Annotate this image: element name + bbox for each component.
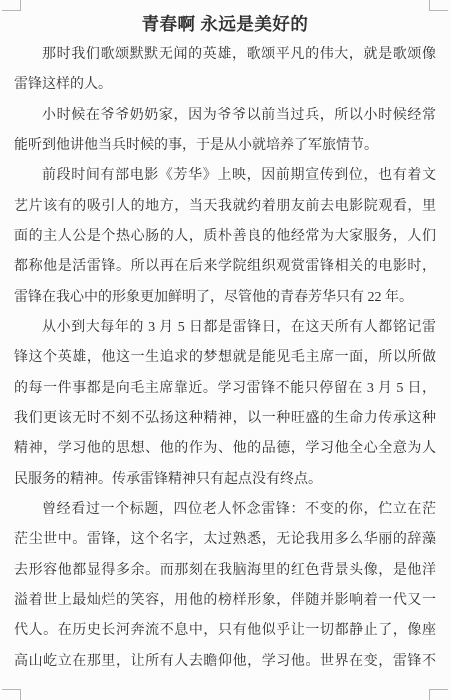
document-page: 青春啊 永远是美好的 那时我们歌颂默默无闻的英雄，歌颂平凡的伟大，就是歌颂像雷锋… (0, 0, 450, 700)
text-line: 溢着世上最灿烂的笑容，用他的榜样形象，伴随并影响着一代又一 (14, 586, 436, 616)
document-title: 青春啊 永远是美好的 (14, 9, 436, 39)
text-line: 从小到大每年的 3 月 5 日都是雷锋日，在这天所有人都铭记雷 (14, 313, 436, 343)
text-line: 民服务的精神。传承雷锋精神只有起点没有终点。 (14, 465, 436, 495)
text-line: 雷锋这样的人。 (14, 70, 436, 100)
paragraph: 从小到大每年的 3 月 5 日都是雷锋日，在这天所有人都铭记雷锋这个英雄，他这一… (14, 313, 436, 495)
crop-mark-bottom-right (429, 689, 448, 700)
text-line: 茫尘世中。雷锋，这个名字，太过熟悉，无论我用多么华丽的辞藻 (14, 525, 436, 555)
text-line: 小时候在爷爷奶奶家，因为爷爷以前当过兵，所以小时候经常 (14, 101, 436, 131)
text-line: 去形容他都显得多余。而那刻在我脑海里的红色背景头像，是他洋 (14, 556, 436, 586)
text-line: 我们更该无时不刻不弘扬这种精神，以一种旺盛的生命力传承这种 (14, 404, 436, 434)
text-line: 那时我们歌颂默默无闻的英雄，歌颂平凡的伟大，就是歌颂像 (14, 40, 436, 70)
text-line: 艺片该有的吸引人的地方，当天我就约着朋友前去电影院观看，里 (14, 192, 436, 222)
text-line: 都称他是活雷锋。所以再在后来学院组织观赏雷锋相关的电影时， (14, 252, 436, 282)
text-line: 面的主人公是个热心肠的人，质朴善良的他经常为大家服务，人们 (14, 222, 436, 252)
document-body: 那时我们歌颂默默无闻的英雄，歌颂平凡的伟大，就是歌颂像雷锋这样的人。小时候在爷爷… (14, 40, 436, 677)
crop-mark-bottom-left (2, 689, 21, 700)
paragraph: 小时候在爷爷奶奶家，因为爷爷以前当过兵，所以小时候经常能听到他讲他当兵时候的事，… (14, 101, 436, 162)
text-line: 高山屹立在那里，让所有人去瞻仰他，学习他。世界在变，雷锋不 (14, 647, 436, 677)
paragraph: 那时我们歌颂默默无闻的英雄，歌颂平凡的伟大，就是歌颂像雷锋这样的人。 (14, 40, 436, 101)
text-line: 能听到他讲他当兵时候的事，于是从小就培养了军旅情节。 (14, 131, 436, 161)
paragraph: 曾经看过一个标题，四位老人怀念雷锋：不变的你，伫立在茫茫尘世中。雷锋，这个名字，… (14, 495, 436, 677)
text-line: 的每一件事都是向毛主席靠近。学习雷锋不能只停留在 3 月 5 日， (14, 374, 436, 404)
text-line: 精神，学习他的思想、他的作为、他的品德，学习他全心全意为人 (14, 434, 436, 464)
text-line: 曾经看过一个标题，四位老人怀念雷锋：不变的你，伫立在茫 (14, 495, 436, 525)
text-line: 前段时间有部电影《芳华》上映，因前期宣传到位，也有着文 (14, 161, 436, 191)
text-line: 代人。在历史长河奔流不息中，只有他似乎让一切都静止了，像座 (14, 616, 436, 646)
paragraph: 前段时间有部电影《芳华》上映，因前期宣传到位，也有着文艺片该有的吸引人的地方，当… (14, 161, 436, 313)
text-line: 锋这个英雄，他这一生追求的梦想就是能见毛主席一面，所以所做 (14, 343, 436, 373)
text-line: 雷锋在我心中的形象更加鲜明了，尽管他的青春芳华只有 22 年。 (14, 283, 436, 313)
